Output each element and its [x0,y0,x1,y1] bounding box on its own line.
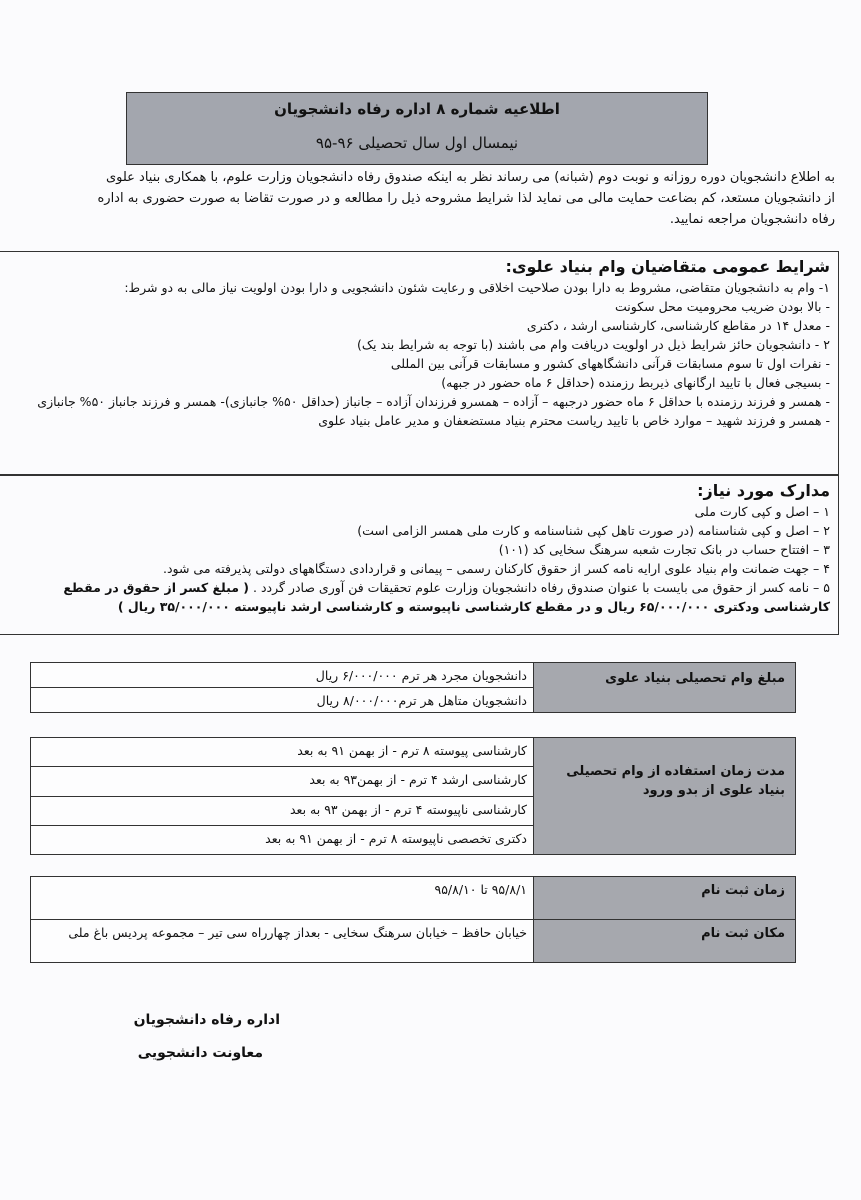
document-item: ۲ – اصل و کپی شناسنامه (در صورت تاهل کپی… [2,521,830,540]
condition-item: ۱- وام به دانشجویان متقاضی، مشروط به دار… [2,278,830,297]
document-item: ۳ – افتتاح حساب در بانک تجارت شعبه سرهنگ… [2,540,830,559]
condition-item: ۲ - دانشجویان حائز شرایط ذیل در اولویت د… [2,335,830,354]
intro-paragraph: به اطلاع دانشجویان دوره روزانه و نوبت دو… [45,167,835,230]
registration-place-row: مکان ثبت نام خیابان حافظ – خیابان سرهنگ … [31,919,795,962]
document-item: ۵ – نامه کسر از حقوق می بایست با عنوان ص… [2,578,830,616]
condition-item: - همسر و فرزند رزمنده با حداقل ۶ ماه حضو… [2,392,830,411]
signature-office: اداره رفاه دانشجویان [100,1010,280,1030]
loan-amount-row: دانشجویان مجرد هر ترم ۶/۰۰۰/۰۰۰ ریال [31,663,533,687]
registration-time-label: زمان ثبت نام [533,877,795,919]
condition-item: - معدل ۱۴ در مقاطع کارشناسی، کارشناسی ار… [2,316,830,335]
loan-duration-label: مدت زمان استفاده از وام تحصیلی بنیاد علو… [533,738,795,854]
notice-subtitle: نیمسال اول سال تحصیلی ۹۶-۹۵ [127,133,707,153]
intro-line: از دانشجویان مستعد، کم بضاعت حمایت مالی … [45,188,835,209]
loan-amount-label: مبلغ وام تحصیلی بنیاد علوی [533,663,795,712]
condition-item: - بالا بودن ضریب محرومیت محل سکونت [2,297,830,316]
documents-section: مدارک مورد نیاز: ۱ – اصل و کپی کارت ملی … [0,475,839,635]
loan-duration-row: کارشناسی ناپیوسته ۴ ترم - از بهمن ۹۳ به … [31,796,533,825]
registration-table: زمان ثبت نام ۹۵/۸/۱ تا ۹۵/۸/۱۰ مکان ثبت … [30,876,796,963]
loan-amount-table: مبلغ وام تحصیلی بنیاد علوی دانشجویان مجر… [30,662,796,713]
condition-item: - همسر و فرزند شهید – موارد خاص با تایید… [2,411,830,430]
intro-line: رفاه دانشجویان مراجعه نمایید. [45,209,835,230]
loan-duration-row: کارشناسی پیوسته ۸ ترم - از بهمن ۹۱ به بع… [31,738,533,766]
loan-amount-row: دانشجویان متاهل هر ترم۸/۰۰۰/۰۰۰ ریال [31,687,533,712]
intro-line: به اطلاع دانشجویان دوره روزانه و نوبت دو… [45,167,835,188]
loan-duration-row: دکتری تخصصی ناپیوسته ۸ ترم - از بهمن ۹۱ … [31,825,533,854]
registration-time-value: ۹۵/۸/۱ تا ۹۵/۸/۱۰ [31,877,533,919]
document-item: ۴ – جهت ضمانت وام بنیاد علوی ارایه نامه … [2,559,830,578]
documents-title: مدارک مورد نیاز: [2,480,830,502]
document-item: ۱ – اصل و کپی کارت ملی [2,502,830,521]
notice-title: اطلاعیه شماره ۸ اداره رفاه دانشجویان [127,99,707,119]
registration-place-label: مکان ثبت نام [533,920,795,962]
condition-item: - بسیجی فعال با تایید ارگانهای ذیربط رزم… [2,373,830,392]
notice-header: اطلاعیه شماره ۸ اداره رفاه دانشجویان نیم… [126,92,708,165]
conditions-section: شرایط عمومی متقاضیان وام بنیاد علوی: ۱- … [0,251,839,475]
loan-duration-row: کارشناسی ارشد ۴ ترم - از بهمن۹۳ به بعد [31,766,533,795]
document-item-text: ۵ – نامه کسر از حقوق می بایست با عنوان ص… [253,580,830,595]
registration-place-value: خیابان حافظ – خیابان سرهنگ سخایی - بعداز… [31,920,533,962]
condition-item: - نفرات اول تا سوم مسابقات قرآنی دانشگاه… [2,354,830,373]
registration-time-row: زمان ثبت نام ۹۵/۸/۱ تا ۹۵/۸/۱۰ [31,877,795,919]
signature-deputy: معاونت دانشجویی [100,1043,263,1063]
conditions-title: شرایط عمومی متقاضیان وام بنیاد علوی: [2,256,830,278]
loan-duration-table: مدت زمان استفاده از وام تحصیلی بنیاد علو… [30,737,796,855]
